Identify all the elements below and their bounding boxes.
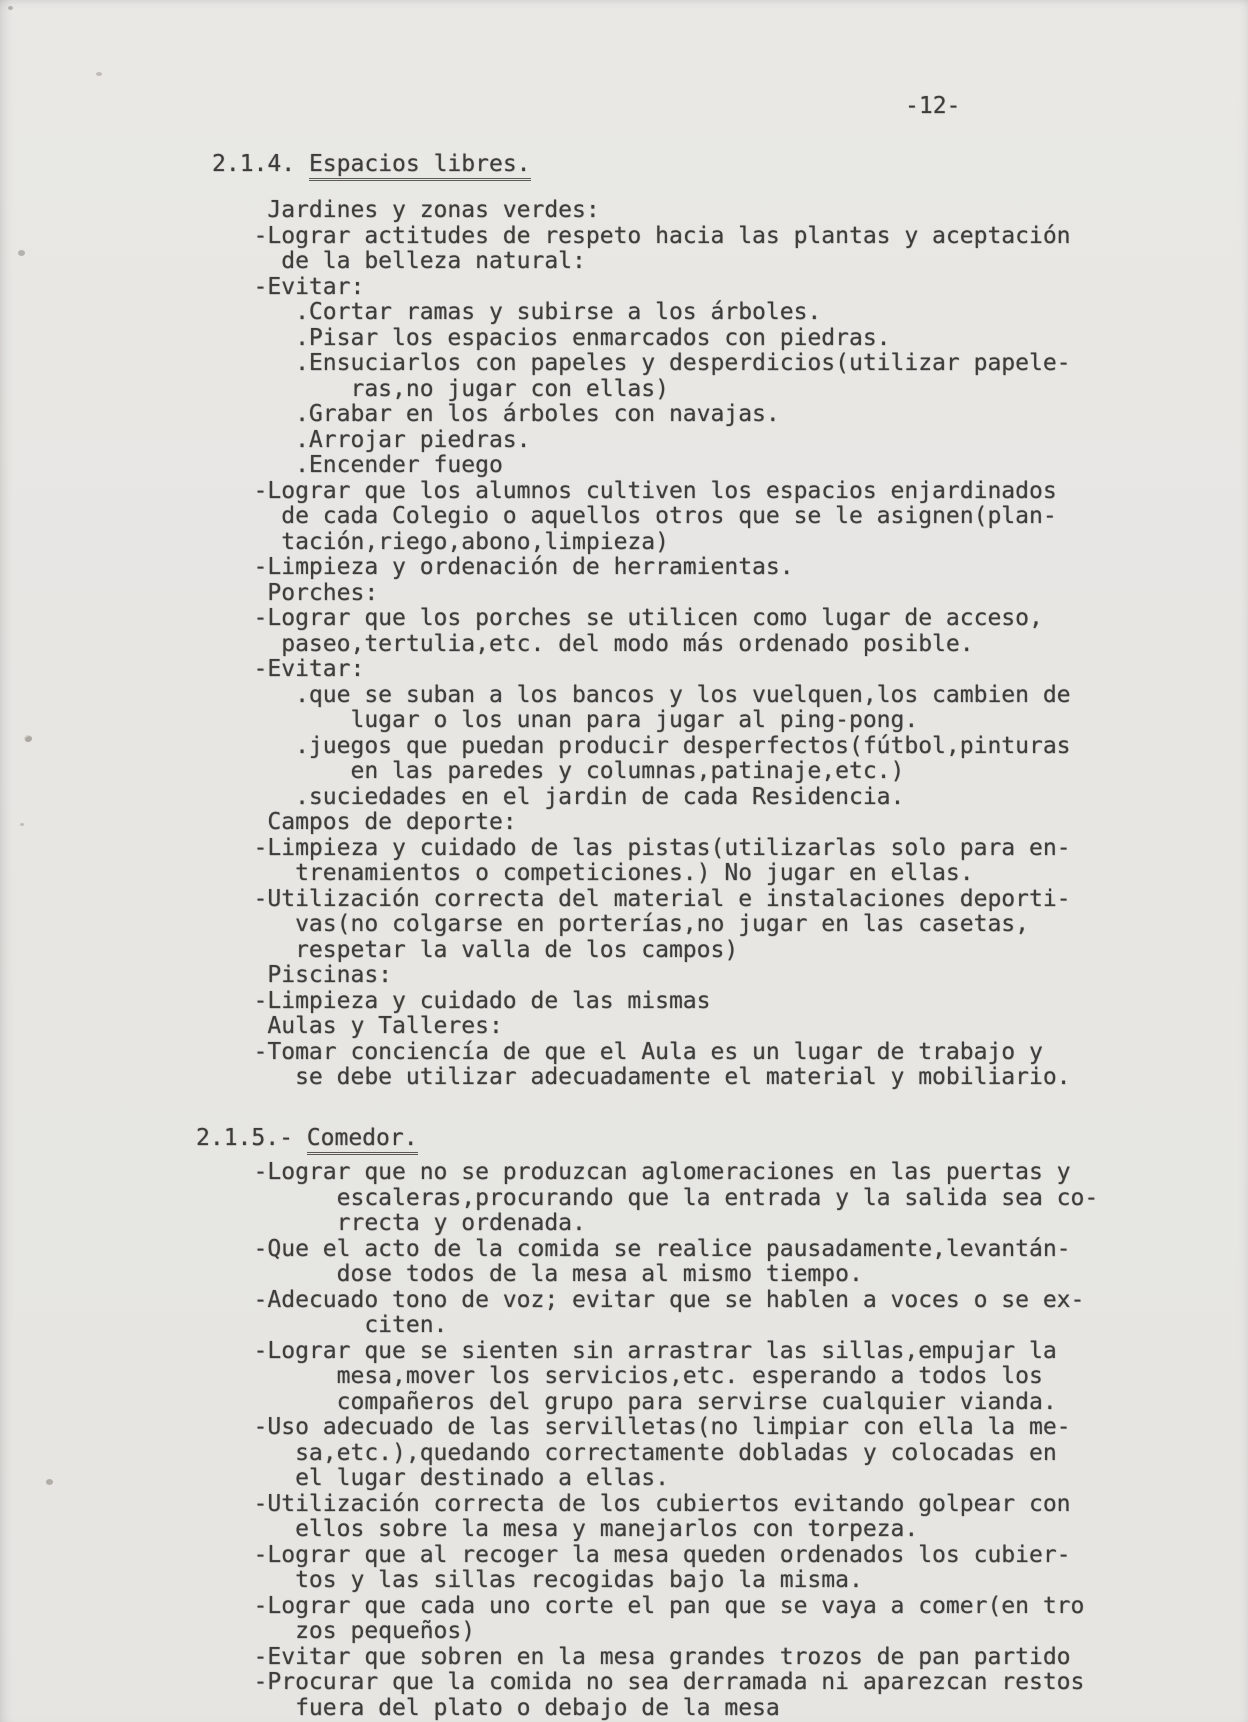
paper-speck [46,1479,53,1485]
text-line: tación,riego,abono,limpieza) [212,530,1071,556]
text-line: escaleras,procurando que la entrada y la… [212,1186,1098,1212]
heading-number: 2.1.5.- [196,1125,293,1151]
text-line: -Lograr que se sienten sin arrastrar las… [212,1339,1098,1365]
text-line: -Lograr actitudes de respeto hacia las p… [212,224,1071,250]
section-heading-2-1-4: 2.1.4. Espacios libres. [212,152,531,178]
text-line: .suciedades en el jardin de cada Residen… [212,785,1071,811]
text-line: -Adecuado tono de voz; evitar que se hab… [212,1288,1098,1314]
text-line: -Evitar: [212,657,1071,683]
text-line: Piscinas: [212,963,1071,989]
heading-title: Espacios libres. [309,151,531,181]
text-line: dose todos de la mesa al mismo tiempo. [212,1262,1098,1288]
text-line: fuera del plato o debajo de la mesa [212,1696,1098,1722]
text-line: -Que el acto de la comida se realice pau… [212,1237,1098,1263]
text-line: lugar o los unan para jugar al ping-pong… [212,708,1071,734]
text-line: -Lograr que cada uno corte el pan que se… [212,1594,1098,1620]
text-line: en las paredes y columnas,patinaje,etc.) [212,759,1071,785]
text-line: zos pequeños) [212,1619,1098,1645]
text-line: ras,no jugar con ellas) [212,377,1071,403]
paper-speck [24,735,32,742]
section-body-2-1-5: -Lograr que no se produzcan aglomeracion… [212,1160,1098,1721]
heading-spacer [295,151,309,177]
text-line: .que se suban a los bancos y los vuelque… [212,683,1071,709]
document-page: -12- 2.1.4. Espacios libres. Jardines y … [0,0,1248,1722]
text-line: de cada Colegio o aquellos otros que se … [212,504,1071,530]
page-number: -12- [905,94,960,120]
text-line: -Uso adecuado de las servilletas(no limp… [212,1415,1098,1441]
text-line: compañeros del grupo para servirse cualq… [212,1390,1098,1416]
text-line: el lugar destinado a ellas. [212,1466,1098,1492]
text-line: respetar la valla de los campos) [212,938,1071,964]
heading-title: Comedor. [307,1125,418,1155]
text-line: -Lograr que no se produzcan aglomeracion… [212,1160,1098,1186]
text-line: -Procurar que la comida no sea derramada… [212,1670,1098,1696]
text-line: -Limpieza y cuidado de las mismas [212,989,1071,1015]
section-body-2-1-4: Jardines y zonas verdes: -Lograr actitud… [212,198,1071,1091]
text-line: Porches: [212,581,1071,607]
paper-speck [8,6,13,10]
text-line: -Tomar conciencía de que el Aula es un l… [212,1040,1071,1066]
text-line: trenamientos o competiciones.) No jugar … [212,861,1071,887]
heading-spacer [293,1125,307,1151]
text-line: .Encender fuego [212,453,1071,479]
text-line: paseo,tertulia,etc. del modo más ordenad… [212,632,1071,658]
text-line: ellos sobre la mesa y manejarlos con tor… [212,1517,1098,1543]
text-line: -Utilización correcta de los cubiertos e… [212,1492,1098,1518]
text-line: -Evitar: [212,275,1071,301]
text-line: de la belleza natural: [212,249,1071,275]
paper-speck [20,823,24,826]
text-line: -Lograr que al recoger la mesa queden or… [212,1543,1098,1569]
text-line: Campos de deporte: [212,810,1071,836]
text-line: .Arrojar piedras. [212,428,1071,454]
text-line: se debe utilizar adecuadamente el materi… [212,1065,1071,1091]
paper-speck [96,72,102,76]
section-heading-2-1-5: 2.1.5.- Comedor. [196,1126,418,1152]
heading-number: 2.1.4. [212,151,295,177]
text-line: tos y las sillas recogidas bajo la misma… [212,1568,1098,1594]
text-line: .Cortar ramas y subirse a los árboles. [212,300,1071,326]
text-line: sa,etc.),quedando correctamente dobladas… [212,1441,1098,1467]
text-line: .Pisar los espacios enmarcados con piedr… [212,326,1071,352]
text-line: -Evitar que sobren en la mesa grandes tr… [212,1645,1098,1671]
text-line: Jardines y zonas verdes: [212,198,1071,224]
text-line: Aulas y Talleres: [212,1014,1071,1040]
text-line: -Limpieza y cuidado de las pistas(utiliz… [212,836,1071,862]
text-line: .juegos que puedan producir desperfectos… [212,734,1071,760]
text-line: vas(no colgarse en porterías,no jugar en… [212,912,1071,938]
text-line: -Limpieza y ordenación de herramientas. [212,555,1071,581]
text-line: -Lograr que los alumnos cultiven los esp… [212,479,1071,505]
text-line: mesa,mover los servicios,etc. esperando … [212,1364,1098,1390]
paper-speck [18,250,25,256]
text-line: .Grabar en los árboles con navajas. [212,402,1071,428]
text-line: citen. [212,1313,1098,1339]
text-line: -Lograr que los porches se utilicen como… [212,606,1071,632]
text-line: rrecta y ordenada. [212,1211,1098,1237]
text-line: -Utilización correcta del material e ins… [212,887,1071,913]
text-line: .Ensuciarlos con papeles y desperdicios(… [212,351,1071,377]
